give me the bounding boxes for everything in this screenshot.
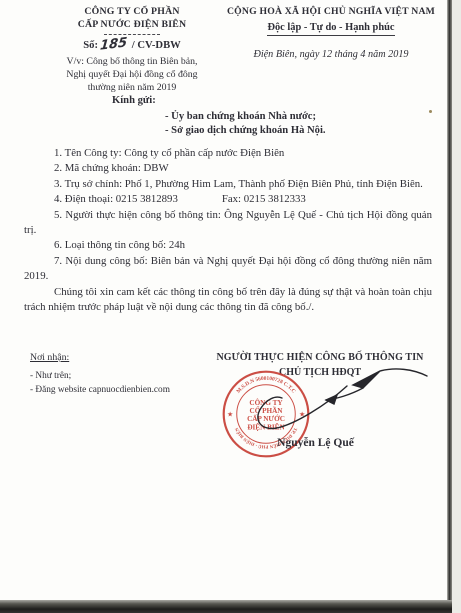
scan-bottom-band (0, 600, 452, 613)
body-paragraph-2: 2. Mã chứng khoán: DBW (24, 161, 432, 176)
body-paragraph-3: 3. Trụ sở chính: Phố 1, Phường Him Lam, … (24, 177, 432, 192)
recipient-item-1: - Ủy ban chứng khoán Nhà nước; (165, 110, 326, 124)
distribution-block: Nơi nhận: - Như trên; - Đăng website cap… (30, 351, 170, 398)
body-paragraph-8: Chúng tôi xin cam kết các thông tin công… (24, 285, 432, 316)
body-paragraph-1: 1. Tên Công ty: Công ty cổ phần cấp nước… (24, 146, 432, 161)
issuer-name-line1: CÔNG TY CỔ PHẦN (36, 6, 228, 19)
reference-suffix: / CV-DBW (132, 40, 181, 51)
reference-number-line: Số:185 / CV-DBW (36, 37, 228, 52)
dateline: Điện Biên, ngày 12 tháng 4 năm 2019 (226, 49, 436, 60)
national-header: CỘNG HOÀ XÃ HỘI CHỦ NGHĨA VIỆT NAM Độc l… (226, 6, 436, 60)
phone-value: 4. Điện thoại: 0215 3812893 (54, 193, 178, 205)
recipient-item-2: - Sở giao dịch chứng khoán Hà Nội. (165, 124, 326, 138)
distribution-label: Nơi nhận: (30, 351, 170, 366)
signer-name: Nguyễn Lệ Quế (248, 437, 383, 449)
recipients-label: Kính gửi: (112, 95, 326, 106)
scan-edge-strip (452, 0, 461, 613)
issuer-divider (104, 34, 160, 35)
body-paragraph-7: 7. Nội dung công bố: Biên bản và Nghị qu… (24, 254, 432, 285)
reference-number-handwritten: 185 (99, 35, 127, 54)
subject-block: V/v: Công bố thông tin Biên bản, Nghị qu… (36, 55, 228, 94)
body-paragraph-4: 4. Điện thoại: 0215 3812893Fax: 0215 381… (24, 192, 432, 207)
recipients-block: Kính gửi: - Ủy ban chứng khoán Nhà nước;… (112, 95, 326, 137)
fax-value: Fax: 0215 3812333 (222, 192, 306, 207)
scan-speck (429, 110, 432, 113)
body-paragraph-6: 6. Loại thông tin công bố: 24h (24, 238, 432, 253)
distribution-item-2: - Đăng website capnuocdienbien.com (30, 383, 170, 398)
national-motto: Độc lập - Tự do - Hạnh phúc (267, 22, 394, 36)
subject-line3: thường niên năm 2019 (36, 81, 228, 94)
issuer-name-line2: CẤP NƯỚC ĐIỆN BIÊN (36, 19, 228, 32)
issuer-header: CÔNG TY CỔ PHẦN CẤP NƯỚC ĐIỆN BIÊN Số:18… (36, 6, 228, 94)
reference-label: Số: (83, 40, 98, 51)
distribution-item-1: - Như trên; (30, 369, 170, 384)
body-paragraph-5: 5. Người thực hiện công bố thông tin: Ôn… (24, 208, 432, 239)
subject-line1: V/v: Công bố thông tin Biên bản, (36, 55, 228, 68)
subject-line2: Nghị quyết Đại hội đồng cổ đông (36, 68, 228, 81)
stamp-star-left: ★ (227, 411, 233, 419)
national-title: CỘNG HOÀ XÃ HỘI CHỦ NGHĨA VIỆT NAM (226, 6, 436, 17)
scanned-document-page: CÔNG TY CỔ PHẦN CẤP NƯỚC ĐIỆN BIÊN Số:18… (0, 0, 461, 613)
letter-body: 1. Tên Công ty: Công ty cổ phần cấp nước… (24, 146, 432, 315)
